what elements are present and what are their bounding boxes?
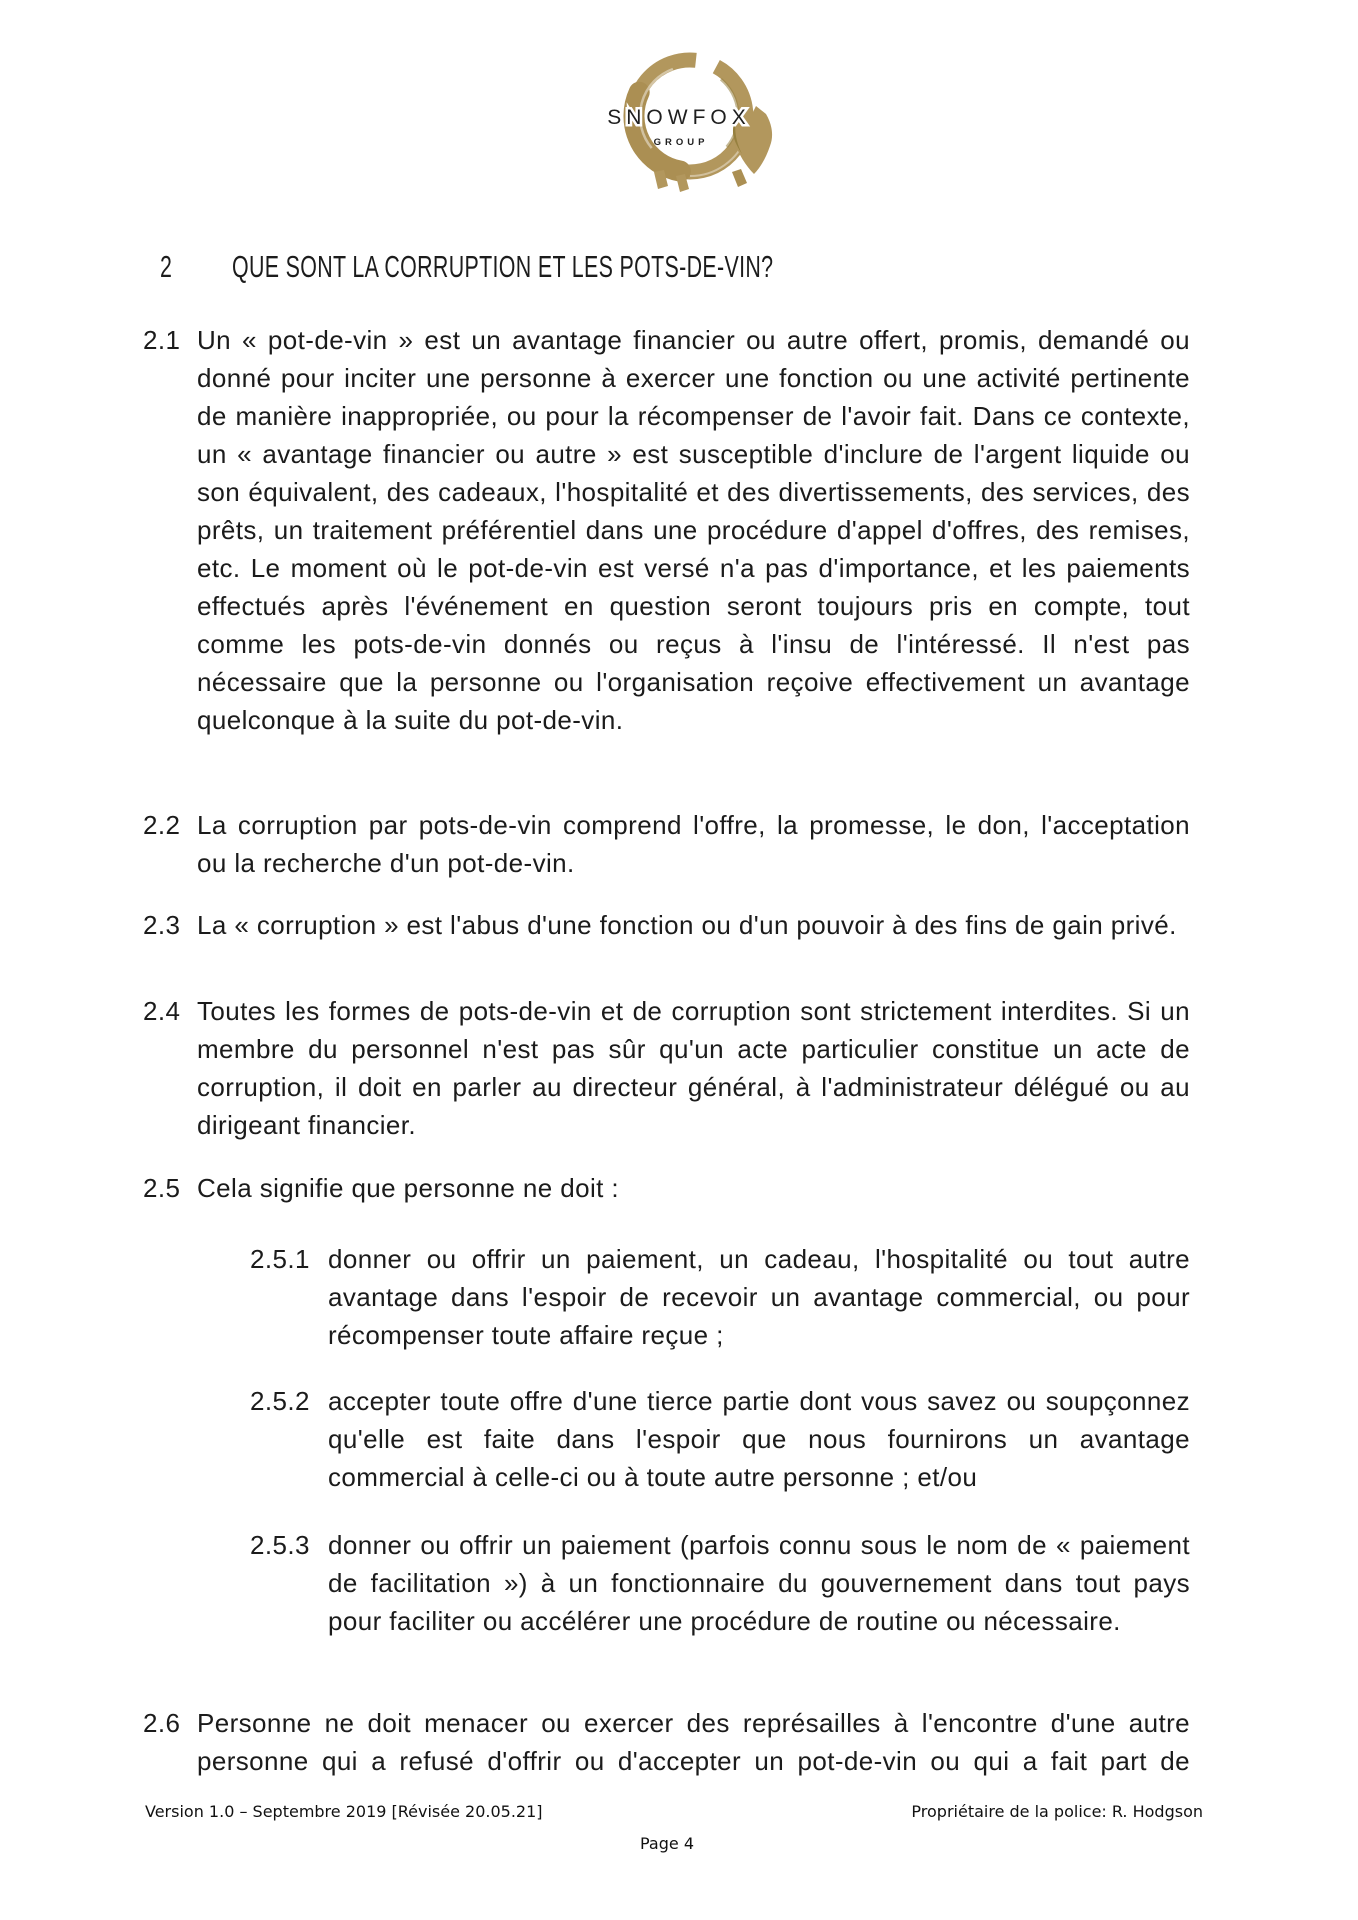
footer-page-number: Page 4 [0,1833,1346,1855]
clause-number: 2.5 [143,1169,180,1207]
heading-number: 2 [160,250,172,284]
clause-number: 2.1 [143,321,180,359]
clause-text: La « corruption » est l'abus d'une fonct… [197,906,1190,944]
footer-version: Version 1.0 – Septembre 2019 [Révisée 20… [145,1801,543,1823]
clause-number: 2.2 [143,806,180,844]
clause-text: donner ou offrir un paiement (parfois co… [328,1526,1190,1640]
clause-text: Cela signifie que personne ne doit : [197,1169,1190,1207]
clause-number: 2.5.1 [250,1240,310,1278]
clause-2-1: 2.1 Un « pot-de-vin » est un avantage fi… [143,321,1190,739]
clause-number: 2.3 [143,906,180,944]
clause-text: La corruption par pots-de-vin comprend l… [197,806,1190,882]
clause-number: 2.5.3 [250,1526,310,1564]
clause-text: accepter toute offre d'une tierce partie… [328,1382,1190,1496]
logo-subtitle: GROUP [654,137,709,148]
clause-2-4: 2.4 Toutes les formes de pots-de-vin et … [143,992,1190,1144]
clause-number: 2.5.2 [250,1382,310,1420]
clause-text: Toutes les formes de pots-de-vin et de c… [197,992,1190,1144]
page-title: QUE SONT LA CORRUPTION ET LES POTS-DE-VI… [232,250,773,284]
clause-text: donner ou offrir un paiement, un cadeau,… [328,1240,1190,1354]
section-heading: 2 QUE SONT LA CORRUPTION ET LES POTS-DE-… [160,250,177,284]
document-page: SNOWFOX GROUP 2 QUE SONT LA CORRUPTION E… [0,0,1358,1920]
clause-2-6: 2.6 Personne ne doit menacer ou exercer … [143,1704,1190,1780]
logo-wordmark: SNOWFOX [607,106,751,129]
snowfox-logo: SNOWFOX GROUP [566,50,806,200]
fox-foot [732,169,747,187]
footer-policy-owner: Propriétaire de la police: R. Hodgson [911,1801,1203,1823]
clause-number: 2.4 [143,992,180,1030]
clause-number: 2.6 [143,1704,180,1742]
clause-2-5-2: 2.5.2 accepter toute offre d'une tierce … [250,1382,1190,1496]
clause-text: Personne ne doit menacer ou exercer des … [197,1704,1190,1780]
clause-2-3: 2.3 La « corruption » est l'abus d'une f… [143,906,1190,944]
clause-2-2: 2.2 La corruption par pots-de-vin compre… [143,806,1190,882]
clause-2-5: 2.5 Cela signifie que personne ne doit : [143,1169,1190,1207]
clause-2-5-3: 2.5.3 donner ou offrir un paiement (parf… [250,1526,1190,1640]
clause-2-5-1: 2.5.1 donner ou offrir un paiement, un c… [250,1240,1190,1354]
clause-text: Un « pot-de-vin » est un avantage financ… [197,321,1190,739]
